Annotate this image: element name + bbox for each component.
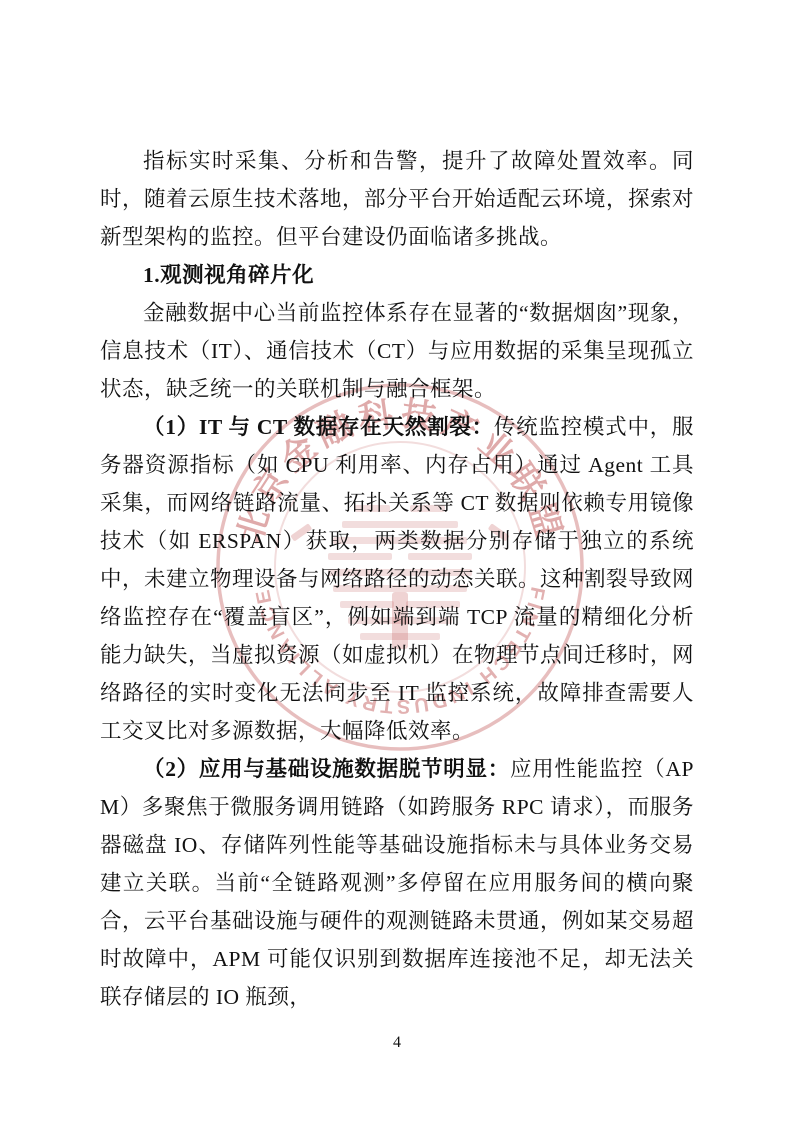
text-run: 金融数据中心当前监控体系存在显著的“数据烟囱”现象，信息技术（IT）、通信技术（…: [100, 301, 694, 401]
bold-text-run: （1）IT 与 CT 数据存在天然割裂：: [143, 415, 494, 439]
section-heading: 1.观测视角碎片化: [100, 256, 694, 294]
document-body: 指标实时采集、分析和告警，提升了故障处置效率。同时，随着云原生技术落地，部分平台…: [100, 142, 694, 1016]
text-run: 指标实时采集、分析和告警，提升了故障处置效率。同时，随着云原生技术落地，部分平台…: [100, 149, 694, 249]
page-number: 4: [0, 1034, 794, 1052]
bold-text-run: 1.观测视角碎片化: [143, 263, 314, 287]
paragraph: 金融数据中心当前监控体系存在显著的“数据烟囱”现象，信息技术（IT）、通信技术（…: [100, 294, 694, 408]
paragraph: （2）应用与基础设施数据脱节明显：应用性能监控（APM）多聚焦于微服务调用链路（…: [100, 750, 694, 1016]
document-page: 北京金融科技产业联盟 FINTECH INDUSTRY ALLIANCE 指标实…: [0, 0, 794, 1123]
bold-text-run: （2）应用与基础设施数据脱节明显：: [143, 757, 510, 781]
paragraph: （1）IT 与 CT 数据存在天然割裂：传统监控模式中，服务器资源指标（如 CP…: [100, 408, 694, 750]
text-run: 应用性能监控（APM）多聚焦于微服务调用链路（如跨服务 RPC 请求），而服务器…: [100, 757, 694, 1009]
text-run: 传统监控模式中，服务器资源指标（如 CPU 利用率、内存占用）通过 Agent …: [100, 415, 694, 743]
paragraph: 指标实时采集、分析和告警，提升了故障处置效率。同时，随着云原生技术落地，部分平台…: [100, 142, 694, 256]
